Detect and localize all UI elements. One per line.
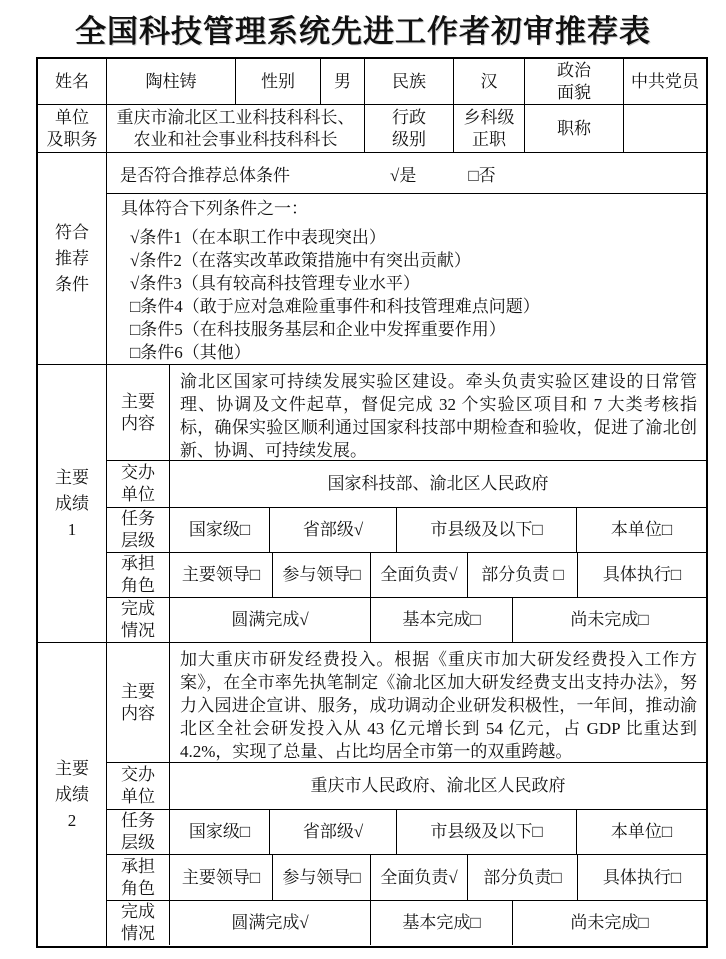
political-status-label: 政治 面貌: [524, 59, 623, 104]
basic-row-2: 单位 及职务 重庆市渝北区工业科技科科长、 农业和社会事业科技科科长 行政 级别…: [38, 104, 706, 152]
ethnicity-value: 汉: [453, 59, 524, 104]
condition-item-4: □条件4（敢于应对急难险重事件和科技管理难点问题）: [121, 295, 696, 318]
name-label: 姓名: [38, 59, 106, 104]
role-option-partial-charge: 部分负责 □: [467, 553, 577, 598]
level-option-national: 国家级□: [169, 810, 269, 854]
form-title: 全国科技管理系统先进工作者初审推荐表: [0, 6, 726, 51]
role-option-partial-charge: 部分负责□: [467, 855, 577, 900]
achievement-2-assign-row: 交办 单位 重庆市人民政府、渝北区人民政府: [107, 762, 706, 809]
basic-row-1: 姓名 陶柱铸 性别 男 民族 汉 政治 面貌 中共党员: [38, 59, 706, 104]
unit-position-value: 重庆市渝北区工业科技科科长、 农业和社会事业科技科科长: [106, 105, 364, 152]
task-level-label: 任务 层级: [107, 810, 169, 854]
conditions-section-label: 符合 推荐 条件: [38, 153, 106, 364]
assign-unit-value: 国家科技部、渝北区人民政府: [169, 461, 706, 507]
specific-conditions-list: 具体符合下列条件之一： √条件1（在本职工作中表现突出） √条件2（在落实改革政…: [107, 193, 706, 364]
status-label: 完成 情况: [107, 598, 169, 642]
jobtitle-label: 职称: [524, 105, 623, 152]
level-option-provincial: 省部级√: [269, 508, 396, 552]
gender-label: 性别: [235, 59, 320, 104]
achievement-2-status-row: 完成 情况 圆满完成√ 基本完成□ 尚未完成□: [107, 900, 706, 945]
condition-item-1: √条件1（在本职工作中表现突出）: [121, 226, 696, 249]
achievement-2-body: 主要 内容 加大重庆市研发经费投入。根据《重庆市加大研发经费投入工作方案》，在全…: [106, 643, 706, 946]
achievement-1-label: 主要 成绩 1: [38, 365, 106, 642]
role-option-full-charge: 全面负责√: [370, 553, 467, 598]
role-option-co-leader: 参与领导□: [272, 855, 370, 900]
role-option-executor: 具体执行□: [577, 855, 706, 900]
level-option-municipal: 市县级及以下□: [396, 508, 576, 552]
achievement-1-role-row: 承担 角色 主要领导□ 参与领导□ 全面负责√ 部分负责 □ 具体执行□: [107, 552, 706, 598]
achievement-2-level-row: 任务 层级 国家级□ 省部级√ 市县级及以下□ 本单位□: [107, 809, 706, 854]
conditions-body: 是否符合推荐总体条件 √是 □否 具体符合下列条件之一： √条件1（在本职工作中…: [106, 153, 706, 364]
form-table: 姓名 陶柱铸 性别 男 民族 汉 政治 面貌 中共党员 单位 及职务 重庆市渝北…: [36, 57, 708, 948]
task-level-label: 任务 层级: [107, 508, 169, 552]
status-option-complete: 圆满完成√: [169, 901, 370, 945]
role-option-main-leader: 主要领导□: [169, 553, 272, 598]
role-option-executor: 具体执行□: [577, 553, 706, 598]
status-label: 完成 情况: [107, 901, 169, 945]
achievement-1-status-row: 完成 情况 圆满完成√ 基本完成□ 尚未完成□: [107, 597, 706, 642]
status-option-complete: 圆满完成√: [169, 598, 370, 642]
status-option-basic: 基本完成□: [370, 598, 512, 642]
admin-level-label: 行政 级别: [364, 105, 453, 152]
page: 全国科技管理系统先进工作者初审推荐表 姓名 陶柱铸 性别 男 民族 汉 政治 面…: [0, 6, 726, 948]
content-text: 渝北区国家可持续发展实验区建设。牵头负责实验区建设的日常管理、协调及文件起草，督…: [169, 365, 706, 460]
gender-value: 男: [320, 59, 364, 104]
content-text: 加大重庆市研发经费投入。根据《重庆市加大研发经费投入工作方案》，在全市率先执笔制…: [169, 643, 706, 762]
level-option-own-unit: 本单位□: [576, 508, 706, 552]
achievement-1-assign-row: 交办 单位 国家科技部、渝北区人民政府: [107, 460, 706, 507]
achievement-1-body: 主要 内容 渝北区国家可持续发展实验区建设。牵头负责实验区建设的日常管理、协调及…: [106, 365, 706, 642]
content-label: 主要 内容: [107, 365, 169, 460]
assign-unit-label: 交办 单位: [107, 461, 169, 507]
role-option-full-charge: 全面负责√: [370, 855, 467, 900]
condition-item-2: √条件2（在落实改革政策措施中有突出贡献）: [121, 249, 696, 272]
name-value: 陶柱铸: [106, 59, 235, 104]
conditions-section: 符合 推荐 条件 是否符合推荐总体条件 √是 □否 具体符合下列条件之一： √条…: [38, 152, 706, 364]
overall-condition-row: 是否符合推荐总体条件 √是 □否: [107, 153, 706, 193]
content-label: 主要 内容: [107, 643, 169, 762]
achievement-1-level-row: 任务 层级 国家级□ 省部级√ 市县级及以下□ 本单位□: [107, 507, 706, 552]
achievement-2-content-row: 主要 内容 加大重庆市研发经费投入。根据《重庆市加大研发经费投入工作方案》，在全…: [107, 643, 706, 762]
condition-item-3: √条件3（具有较高科技管理专业水平）: [121, 272, 696, 295]
political-status-value: 中共党员: [623, 59, 706, 104]
overall-yes-checkbox: √是: [390, 161, 416, 186]
assign-unit-value: 重庆市人民政府、渝北区人民政府: [169, 763, 706, 809]
level-option-national: 国家级□: [169, 508, 269, 552]
level-option-provincial: 省部级√: [269, 810, 396, 854]
condition-item-6: □条件6（其他）: [121, 341, 696, 364]
role-option-co-leader: 参与领导□: [272, 553, 370, 598]
specific-conditions-title: 具体符合下列条件之一：: [121, 198, 696, 220]
admin-level-value: 乡科级 正职: [453, 105, 524, 152]
condition-item-5: □条件5（在科技服务基层和企业中发挥重要作用）: [121, 318, 696, 341]
achievement-1-content-row: 主要 内容 渝北区国家可持续发展实验区建设。牵头负责实验区建设的日常管理、协调及…: [107, 365, 706, 460]
unit-position-label: 单位 及职务: [38, 105, 106, 152]
assign-unit-label: 交办 单位: [107, 763, 169, 809]
status-option-basic: 基本完成□: [370, 901, 512, 945]
role-option-main-leader: 主要领导□: [169, 855, 272, 900]
overall-condition-label: 是否符合推荐总体条件: [120, 161, 290, 186]
ethnicity-label: 民族: [364, 59, 453, 104]
overall-no-checkbox: □否: [468, 161, 495, 186]
level-option-municipal: 市县级及以下□: [396, 810, 576, 854]
achievement-2-label: 主要 成绩 2: [38, 643, 106, 946]
status-option-not-yet: 尚未完成□: [512, 598, 706, 642]
achievement-2-section: 主要 成绩 2 主要 内容 加大重庆市研发经费投入。根据《重庆市加大研发经费投入…: [38, 642, 706, 946]
achievement-2-role-row: 承担 角色 主要领导□ 参与领导□ 全面负责√ 部分负责□ 具体执行□: [107, 854, 706, 900]
status-option-not-yet: 尚未完成□: [512, 901, 706, 945]
jobtitle-value: [623, 105, 706, 152]
role-label: 承担 角色: [107, 855, 169, 900]
role-label: 承担 角色: [107, 553, 169, 598]
level-option-own-unit: 本单位□: [576, 810, 706, 854]
achievement-1-section: 主要 成绩 1 主要 内容 渝北区国家可持续发展实验区建设。牵头负责实验区建设的…: [38, 364, 706, 642]
